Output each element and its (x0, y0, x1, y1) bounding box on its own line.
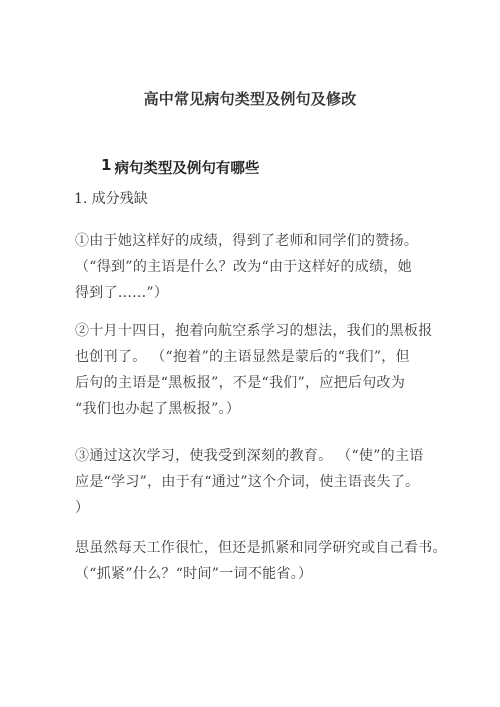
example-paragraph-4: 思虽然每天工作很忙，但还是抓紧和同学研究或自己看书。 （“抓紧”什么？“时间”一… (75, 535, 485, 587)
paragraph-line: 思虽然每天工作很忙，但还是抓紧和同学研究或自己看书。 (75, 535, 485, 561)
paragraph-line: ②十月十四日，抱着向航空系学习的想法，我们的黑板报 (75, 318, 485, 344)
example-paragraph-2: ②十月十四日，抱着向航空系学习的想法，我们的黑板报 也创刊了。 （“抱着”的主语… (75, 318, 485, 422)
section-number: 1 (101, 156, 111, 174)
paragraph-line: “我们也办起了黑板报”。） (75, 396, 485, 422)
section-heading-text: 病句类型及例句有哪些 (114, 161, 259, 177)
paragraph-line: 也创刊了。 （“抱着”的主语显然是蒙后的“我们”，但 (75, 344, 485, 370)
paragraph-line: 应是“学习”，由于有“通过”这个介词，使主语丧失了。 (75, 469, 485, 495)
paragraph-line: ①由于她这样好的成绩，得到了老师和同学们的赞扬。 (75, 228, 485, 254)
paragraph-line: （“抓紧”什么？“时间”一词不能省。） (75, 561, 485, 587)
example-paragraph-3: ③通过这次学习，使我受到深刻的教育。 （“使”的主语 应是“学习”，由于有“通过… (75, 443, 485, 521)
example-paragraph-1: ①由于她这样好的成绩，得到了老师和同学们的赞扬。 （“得到”的主语是什么？改为“… (75, 228, 485, 306)
paragraph-line: ） (75, 495, 485, 521)
subsection-heading: 1. 成分残缺 (74, 188, 148, 208)
section-heading: 1病句类型及例句有哪些 (101, 157, 259, 178)
paragraph-line: ③通过这次学习，使我受到深刻的教育。 （“使”的主语 (75, 443, 485, 469)
paragraph-line: 后句的主语是“黑板报”，不是“我们”，应把后句改为 (75, 370, 485, 396)
paragraph-line: （“得到”的主语是什么？改为“由于这样好的成绩，她 (75, 254, 485, 280)
document-page: 高中常见病句类型及例句及修改 1病句类型及例句有哪些 1. 成分残缺 ①由于她这… (0, 0, 500, 707)
document-title: 高中常见病句类型及例句及修改 (0, 88, 500, 109)
paragraph-line: 得到了......”） (75, 280, 485, 306)
